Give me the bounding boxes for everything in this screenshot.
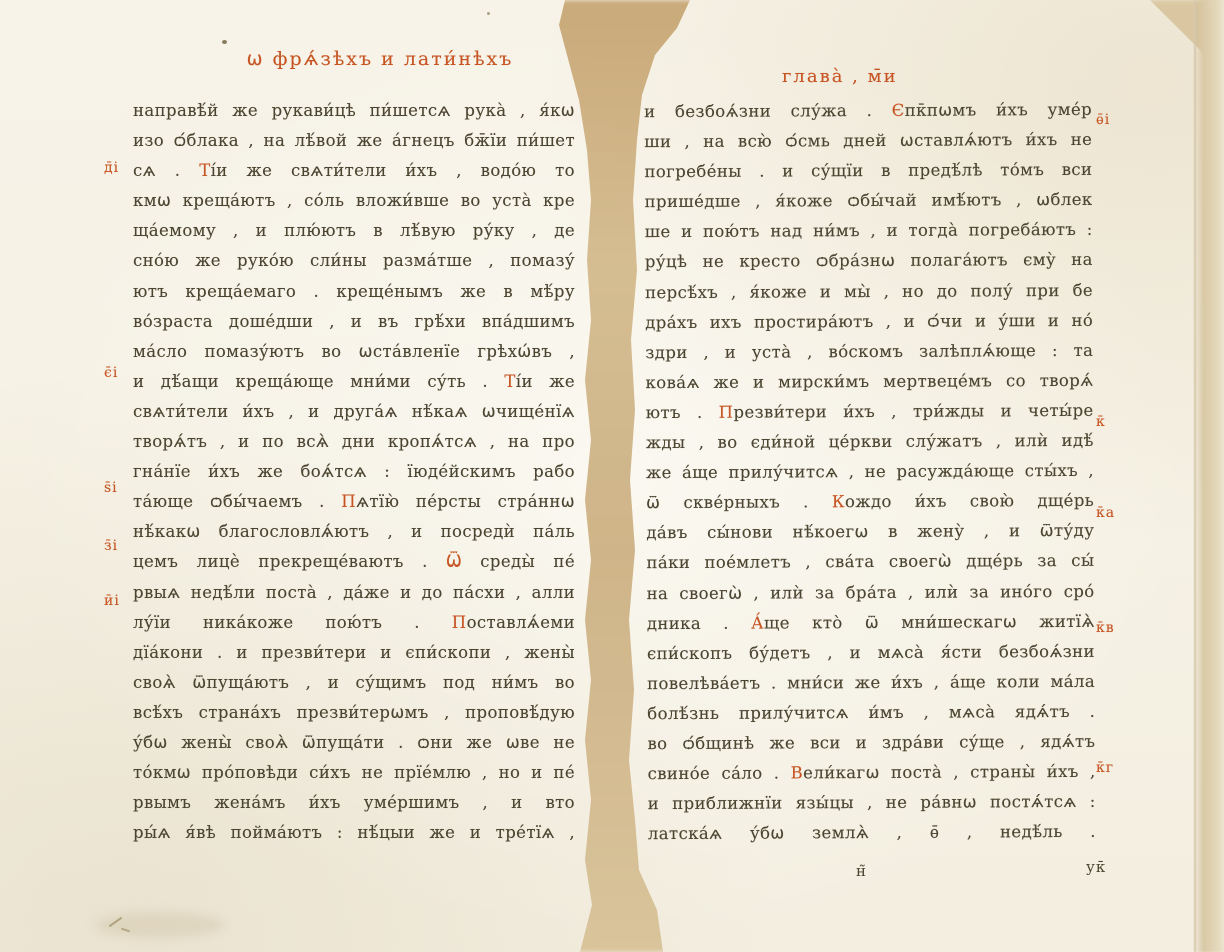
rubric-initial: П [719, 403, 734, 422]
margin-chapter-number: к̄ [1096, 414, 1106, 430]
text-line: та́юще ѻбы́чаемъ . Пѧтїю̀ пе́рсты стра́н… [133, 487, 575, 517]
text-line: и приближнїи язы́цы , не ра́внѡ постѧ́тс… [648, 787, 1096, 819]
rubric-initial: Т [504, 372, 515, 391]
text-segment: и безбоѧ́зни слу́жа . [644, 101, 892, 121]
text-segment: латска́ѧ у́бѡ землѧ̀ , ѳ̄ , недѣ́ль . [648, 822, 1096, 843]
text-line: всѣ́хъ страна́хъ презви́терѡмъ , проповѣ… [133, 698, 575, 728]
text-line: сно́ю же руко́ю сли́ны разма́тше , помаз… [133, 246, 575, 276]
text-segment: во ѻ́бщинѣ же вси и здра́ви су́ще , ядѧ́… [647, 732, 1095, 753]
text-segment: во́зраста доше́дши , и въ грѣ́хи впа́дши… [133, 312, 575, 331]
text-line: па́ки пое́млетъ , сва́та своегѡ̀ дще́рь … [646, 546, 1094, 578]
text-line: повелѣва́етъ . мни́си же и́хъ , а́ще кол… [647, 667, 1095, 699]
text-segment: жды , во єди́ной це́ркви слу́жатъ , илѝ … [646, 431, 1094, 452]
text-line: своѧ̀ ѿпуща́ютъ , и су́щимъ под ни́мъ во [133, 668, 575, 698]
margin-chapter-number: к̄г [1096, 760, 1114, 776]
text-segment: єпи́скопъ бу́детъ , и мѧса̀ я́сти безбоѧ… [647, 642, 1095, 663]
text-line: ру́цѣ не кресто ѻбра́знѡ полага́ютъ єму̀… [645, 245, 1093, 277]
text-line: погребе́ны . и су́щїи в предѣ́лѣ то́мъ в… [644, 155, 1092, 187]
book-spread-scan: ѡ фрѧ́зѣхъ и лати́нѣхъ глава̀ , м̄и напр… [0, 0, 1224, 952]
text-line: ща́емому , и плю́ютъ в лѣ́вую ру́ку , де [133, 216, 575, 246]
text-segment: лу́їи ника́коже пою́тъ . [133, 613, 452, 632]
text-segment: резви́тери и́хъ , три́жды и четы́ре [733, 401, 1093, 422]
text-segment: свино́е са́ло . [648, 763, 791, 783]
text-segment: рвыѧ недѣ́ли поста̀ , да́же и до па́схи … [133, 583, 575, 602]
text-segment: кмѡ креща́ютъ , со́ль вложи́вше во уста̀… [133, 191, 575, 210]
quire-signature: н̃ [856, 862, 866, 880]
text-segment: цемъ лицѐ прекреще́ваютъ . [133, 552, 446, 571]
left-page-text: направѣ́й же рукави́цѣ пи́шетсѧ рука̀ , … [133, 96, 575, 848]
folio-number: ук̄ [1086, 858, 1106, 876]
text-segment: ры́ѧ я́вѣ пойма́ютъ : нѣ́цыи же и тре́тї… [133, 823, 575, 842]
text-line: кмѡ креща́ютъ , со́ль вложи́вше во уста̀… [133, 186, 575, 216]
text-line: ютъ . Презви́тери и́хъ , три́жды и четы́… [646, 396, 1094, 428]
text-line: єпи́скопъ бу́детъ , и мѧса̀ я́сти безбоѧ… [647, 637, 1095, 669]
text-line: здри , и уста̀ , во́скомъ залѣплѧ́юще : … [645, 336, 1093, 368]
text-segment: на своегѡ̀ , илѝ за бра́та , илѝ за ино́… [647, 581, 1095, 602]
margin-chapter-number: к̄а [1096, 505, 1115, 521]
text-segment: пк̄пѡмъ и́хъ уме́р [905, 100, 1092, 120]
text-line: направѣ́й же рукави́цѣ пи́шетсѧ рука̀ , … [133, 96, 575, 126]
text-line: нѣ́какѡ благословлѧ́ютъ , и посредѝ па́л… [133, 517, 575, 547]
margin-chapter-number: ӣі [104, 593, 120, 609]
text-line: ютъ креща́емаго . креще́нымъ же в мѣ́ру [133, 277, 575, 307]
text-line: рвымъ жена́мъ и́хъ уме́ршимъ , и вто [133, 788, 575, 818]
text-segment: ше и пою́тъ над ни́мъ , и тогда̀ погреба… [645, 220, 1093, 241]
text-line: на своегѡ̀ , илѝ за бра́та , илѝ за ино́… [647, 576, 1095, 608]
margin-chapter-number: ѳ̄і [1096, 112, 1110, 128]
text-segment: кова́ѧ же и мирски́мъ мертвеце́мъ со тво… [645, 371, 1093, 392]
text-segment: погребе́ны . и су́щїи в предѣ́лѣ то́мъ в… [644, 160, 1092, 181]
text-line: прише́дше , я́коже ѻбы́чай имѣ́ютъ , ѡбл… [645, 185, 1093, 217]
margin-chapter-number: є̄і [104, 365, 118, 381]
text-segment: ѿ скве́рныхъ . [646, 492, 832, 512]
text-line: персѣ́хъ , я́коже и мы̀ , но до полу́ пр… [645, 275, 1093, 307]
text-segment: повелѣва́етъ . мни́си же и́хъ , а́ще кол… [647, 672, 1095, 693]
text-segment: и дѣ́ащи креща́юще мни́ми су́ть . [133, 372, 504, 391]
text-line: же а́ще прилу́читсѧ , не расужда́юще сты… [646, 456, 1094, 488]
text-segment: ели́кагѡ поста̀ , страны̀ и́хъ , [803, 762, 1096, 783]
text-line: ше и пою́тъ над ни́мъ , и тогда̀ погреба… [645, 215, 1093, 247]
text-segment: изо ѻ́блака , на лѣ́вой же а́гнецъ бж̄їи… [133, 131, 575, 150]
text-line: ѿ скве́рныхъ . Кождо и́хъ свою̀ дще́рь [646, 486, 1094, 518]
text-segment: дра́хъ ихъ простира́ютъ , и ѻ́чи и у́ши … [645, 310, 1093, 331]
text-line: ма́сло помазу́ютъ во ѡста́вленїе грѣхѡ́в… [133, 337, 575, 367]
right-page-edge [1194, 0, 1224, 952]
rubric-initial: Т [199, 161, 210, 180]
text-segment: нѣ́какѡ благословлѧ́ютъ , и посредѝ па́л… [133, 522, 575, 541]
text-segment: ѧтїю̀ пе́рсты стра́ннѡ [356, 492, 575, 511]
rubric-initial: Ѿ [446, 552, 462, 571]
text-segment: ща́емому , и плю́ютъ в лѣ́вую ру́ку , де [133, 221, 575, 240]
text-line: во ѻ́бщинѣ же вси и здра́ви су́ще , ядѧ́… [647, 727, 1095, 759]
chapter-heading: глава̀ , м̄и [782, 66, 972, 87]
text-segment: ютъ . [646, 403, 719, 422]
text-line: кова́ѧ же и мирски́мъ мертвеце́мъ со тво… [645, 366, 1093, 398]
text-line: во́зраста доше́дши , и въ грѣ́хи впа́дши… [133, 307, 575, 337]
text-line: ши , на всю̀ ѻ́смь дней ѡставлѧ́ютъ и́хъ… [644, 125, 1092, 157]
text-line: болѣ́знь прилу́читсѧ и́мъ , мѧса̀ ядѧ́тъ… [647, 697, 1095, 729]
text-segment: творѧ́тъ , и по всѧ̀ дни кропѧ́тсѧ , на … [133, 432, 575, 451]
text-line: лу́їи ника́коже пою́тъ . Поставлѧ́еми [133, 608, 575, 638]
text-line: и дѣ́ащи креща́юще мни́ми су́ть . Ті́и ж… [133, 367, 575, 397]
text-segment: гна́нїе и́хъ же боѧ́тсѧ : їюде́йскимъ ра… [133, 462, 575, 481]
text-line: свѧти́тели и́хъ , и друга́ѧ нѣ́каѧ ѡчище… [133, 397, 575, 427]
rubric-initial: Є [892, 101, 905, 120]
text-segment: здри , и уста̀ , во́скомъ залѣплѧ́юще : … [645, 341, 1093, 362]
rubric-initial: К [832, 492, 845, 511]
running-title-left: ѡ фрѧ́зѣхъ и лати́нѣхъ [205, 48, 555, 70]
text-segment: ще кто̀ ѿ мни́шескагѡ житїѧ̀ [764, 611, 1095, 632]
text-segment: прише́дше , я́коже ѻбы́чай имѣ́ютъ , ѡбл… [645, 190, 1093, 211]
text-line: ры́ѧ я́вѣ пойма́ютъ : нѣ́цыи же и тре́тї… [133, 818, 575, 848]
text-segment: та́юще ѻбы́чаемъ . [133, 492, 341, 511]
margin-chapter-number: д̄і [104, 160, 119, 176]
text-segment: і́и же [516, 372, 575, 391]
text-line: творѧ́тъ , и по всѧ̀ дни кропѧ́тсѧ , на … [133, 427, 575, 457]
text-line: то́кмѡ про́повѣди си́хъ не прїе́млю , но… [133, 758, 575, 788]
text-line: жды , во єди́ной це́ркви слу́жатъ , илѝ … [646, 426, 1094, 458]
margin-chapter-number: к̄в [1096, 620, 1115, 636]
rubric-initial: А́ [751, 613, 764, 632]
text-line: сѧ . Ті́и же свѧти́тели и́хъ , водо́ю то [133, 156, 575, 186]
text-line: цемъ лицѐ прекреще́ваютъ . Ѿ среды̀ пе́ [133, 547, 575, 577]
text-segment: да́въ сы́нови нѣ́коегѡ в жену̀ , и ѿту́д… [646, 521, 1094, 542]
text-segment: своѧ̀ ѿпуща́ютъ , и су́щимъ под ни́мъ во [133, 673, 575, 692]
rubric-initial: П [452, 613, 467, 632]
text-segment: ютъ креща́емаго . креще́нымъ же в мѣ́ру [133, 282, 575, 301]
text-segment: и приближнїи язы́цы , не ра́внѡ постѧ́тс… [648, 792, 1096, 813]
text-segment: оставлѧ́еми [467, 613, 575, 632]
text-segment: то́кмѡ про́повѣди си́хъ не прїе́млю , но… [133, 763, 575, 782]
text-segment: дїа́кони . и презви́тери и єпи́скопи , ж… [133, 643, 575, 662]
ink-speck [222, 40, 227, 44]
text-segment: ма́сло помазу́ютъ во ѡста́вленїе грѣхѡ́в… [133, 342, 575, 361]
text-line: изо ѻ́блака , на лѣ́вой же а́гнецъ бж̄їи… [133, 126, 575, 156]
text-line: и безбоѧ́зни слу́жа . Єпк̄пѡмъ и́хъ уме́… [644, 95, 1092, 127]
text-line: гна́нїе и́хъ же боѧ́тсѧ : їюде́йскимъ ра… [133, 457, 575, 487]
text-segment: па́ки пое́млетъ , сва́та своегѡ̀ дще́рь … [646, 551, 1094, 572]
text-segment: рвымъ жена́мъ и́хъ уме́ршимъ , и вто [133, 793, 575, 812]
left-margin-numbers: д̄іє̄іѕ̄із̄іӣі [104, 0, 144, 952]
text-segment: ши , на всю̀ ѻ́смь дней ѡставлѧ́ютъ и́хъ… [644, 130, 1092, 151]
text-segment: свѧти́тели и́хъ , и друга́ѧ нѣ́каѧ ѡчище… [133, 402, 575, 421]
text-line: дника . А́ще кто̀ ѿ мни́шескагѡ житїѧ̀ [647, 606, 1095, 638]
rubric-initial: П [341, 492, 356, 511]
text-segment: у́бѡ жены̀ своѧ̀ ѿпуща́ти . ѻни же ѡве н… [133, 733, 575, 752]
margin-chapter-number: ѕ̄і [104, 480, 118, 496]
text-segment: направѣ́й же рукави́цѣ пи́шетсѧ рука̀ , … [133, 101, 575, 120]
text-line: дїа́кони . и презви́тери и єпи́скопи , ж… [133, 638, 575, 668]
text-segment: ождо и́хъ свою̀ дще́рь [845, 491, 1094, 511]
text-segment: среды̀ пе́ [462, 552, 575, 571]
text-line: рвыѧ недѣ́ли поста̀ , да́же и до па́схи … [133, 578, 575, 608]
text-line: у́бѡ жены̀ своѧ̀ ѿпуща́ти . ѻни же ѡве н… [133, 728, 575, 758]
right-margin-numbers: ѳ̄ік̄к̄ак̄вк̄г [1096, 0, 1136, 952]
text-line: свино́е са́ло . Вели́кагѡ поста̀ , стран… [648, 757, 1096, 789]
text-segment: всѣ́хъ страна́хъ презви́терѡмъ , проповѣ… [133, 703, 575, 722]
text-line: латска́ѧ у́бѡ землѧ̀ , ѳ̄ , недѣ́ль . [648, 817, 1096, 849]
text-segment: болѣ́знь прилу́читсѧ и́мъ , мѧса̀ ядѧ́тъ… [647, 702, 1095, 723]
text-line: да́въ сы́нови нѣ́коегѡ в жену̀ , и ѿту́д… [646, 516, 1094, 548]
text-segment: і́и же свѧти́тели и́хъ , водо́ю то [211, 161, 575, 180]
ink-speck [487, 12, 490, 15]
rubric-initial: В [791, 763, 804, 782]
text-segment: дника . [647, 613, 751, 633]
margin-chapter-number: з̄і [104, 538, 118, 554]
text-segment: ру́цѣ не кресто ѻбра́знѡ полага́ютъ єму̀… [645, 250, 1093, 271]
text-line: дра́хъ ихъ простира́ютъ , и ѻ́чи и у́ши … [645, 305, 1093, 337]
text-segment: сно́ю же руко́ю сли́ны разма́тше , помаз… [133, 251, 575, 270]
text-segment: персѣ́хъ , я́коже и мы̀ , но до полу́ пр… [645, 280, 1093, 301]
text-segment: же а́ще прилу́читсѧ , не расужда́юще сты… [646, 461, 1094, 482]
right-page-text: и безбоѧ́зни слу́жа . Єпк̄пѡмъ и́хъ уме́… [644, 95, 1096, 850]
